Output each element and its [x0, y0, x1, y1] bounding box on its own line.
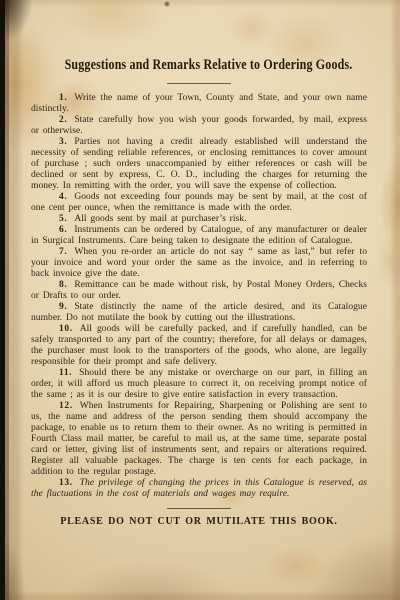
item-text: The privilege of changing the prices in …: [31, 478, 367, 499]
item-text: State distinctly the name of the article…: [31, 302, 367, 323]
item-number: 2.: [59, 115, 67, 125]
item-text: Goods not exceeding four pounds may be s…: [31, 192, 367, 213]
item-text: Remittance can be made without risk, by …: [31, 280, 367, 301]
paragraph-item: 13.The privilege of changing the prices …: [31, 478, 367, 500]
item-number: 9.: [59, 302, 67, 312]
item-text: All goods sent by mail at purchaser’s ri…: [74, 214, 246, 224]
item-text: Write the name of your Town, County and …: [31, 93, 367, 114]
item-number: 3.: [59, 137, 67, 147]
paragraph-item: 4.Goods not exceeding four pounds may be…: [31, 192, 367, 214]
footer-notice: PLEASE DO NOT CUT OR MUTILATE THIS BOOK.: [31, 516, 367, 527]
paragraph-item: 8.Remittance can be made without risk, b…: [31, 280, 367, 302]
item-text: All goods will be carefully packed, and …: [31, 324, 367, 367]
page-content: Suggestions and Remarks Relative to Orde…: [31, 0, 367, 527]
item-number: 11.: [59, 368, 72, 378]
paragraph-item: 7.When you re-order an article do not sa…: [31, 247, 367, 280]
item-number: 13.: [59, 478, 73, 488]
item-text: Instruments can be ordered by Catalogue,…: [31, 225, 367, 246]
item-number: 4.: [59, 192, 67, 202]
item-text: When you re-order an article do not say …: [31, 247, 367, 279]
paragraph-item: 11.Should there be any mistake or overch…: [31, 368, 367, 401]
footer-divider: [167, 508, 231, 509]
item-text: Should there be any mistake or overcharg…: [31, 368, 367, 400]
document-page: Suggestions and Remarks Relative to Orde…: [0, 0, 400, 600]
item-number: 12.: [59, 401, 73, 411]
paragraph-item: 1.Write the name of your Town, County an…: [31, 93, 367, 115]
item-text: When Instruments for Repairing, Sharpeni…: [31, 401, 367, 477]
items-list: 1.Write the name of your Town, County an…: [31, 93, 367, 500]
paragraph-item: 9.State distinctly the name of the artic…: [31, 302, 367, 324]
item-number: 7.: [59, 247, 67, 257]
item-number: 10.: [59, 324, 73, 334]
title-divider: [167, 83, 231, 84]
item-number: 1.: [59, 93, 67, 103]
item-text: State carefully how you wish your goods …: [31, 115, 367, 136]
page-title: Suggestions and Remarks Relative to Orde…: [65, 57, 334, 74]
paragraph-item: 5.All goods sent by mail at purchaser’s …: [31, 214, 367, 225]
paragraph-item: 2.State carefully how you wish your good…: [31, 115, 367, 137]
item-number: 8.: [59, 280, 67, 290]
item-number: 5.: [59, 214, 67, 224]
paragraph-item: 6.Instruments can be ordered by Catalogu…: [31, 225, 367, 247]
paragraph-item: 12.When Instruments for Repairing, Sharp…: [31, 401, 367, 478]
paragraph-item: 10.All goods will be carefully packed, a…: [31, 324, 367, 368]
item-number: 6.: [59, 225, 67, 235]
paragraph-item: 3.Parties not having a credit already es…: [31, 137, 367, 192]
item-text: Parties not having a credit already esta…: [31, 137, 367, 191]
